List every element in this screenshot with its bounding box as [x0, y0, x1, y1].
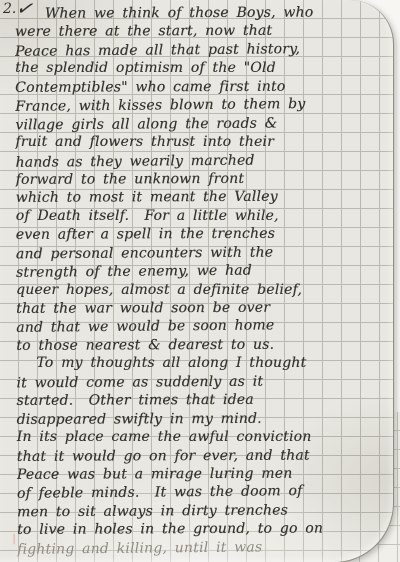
handwriting-line: In its place came the awful conviction	[17, 428, 386, 446]
handwriting-line: When we think of those Boys, who	[15, 3, 384, 23]
handwriting-line: that it would go on for ever, and that	[17, 446, 386, 466]
handwriting-text: When we think of those Boys, whowere the…	[15, 3, 386, 562]
handwriting-line: To my thoughts all along I thought	[16, 354, 385, 372]
handwriting-line: which to most it meant the Valley	[16, 188, 385, 208]
handwriting-line: to live in holes in the ground, to go on	[17, 519, 386, 539]
handwriting-line: forward to the unknown front	[16, 169, 385, 189]
handwriting-line: disappeared swiftly in my mind.	[17, 409, 386, 429]
handwriting-line: the splendid optimism of the "Old	[15, 59, 384, 77]
handwriting-line: fruit and flowers thrust into their	[15, 133, 384, 151]
handwriting-line: it would come as suddenly as it	[16, 371, 385, 392]
handwriting-line: Peace has made all that past history,	[15, 39, 384, 61]
handwriting-line: to those nearest & dearest to us.	[16, 335, 385, 355]
handwriting-line: village girls all along the roads &	[15, 113, 384, 134]
handwriting-line: were there at the start, now that	[15, 22, 384, 42]
handwriting-line: strength of the enemy, we had	[16, 260, 385, 282]
handwriting-line: even after a spell in the trenches	[16, 224, 385, 244]
handwriting-line: of Death itself. For a little while,	[16, 207, 385, 225]
handwriting-line: queer hopes, almost a definite belief,	[16, 281, 385, 299]
handwriting-line: fighting and killing, until it was	[17, 537, 386, 559]
manuscript-page: 2. ✓ When we think of those Boys, whower…	[0, 0, 394, 562]
handwriting-line: hands as they wearily marched	[15, 150, 384, 172]
photo-background: 2. ✓ When we think of those Boys, whower…	[0, 0, 400, 562]
handwriting-line: men to sit always in dirty trenches	[17, 501, 386, 522]
handwriting-line: started. Other times that idea	[16, 390, 385, 410]
